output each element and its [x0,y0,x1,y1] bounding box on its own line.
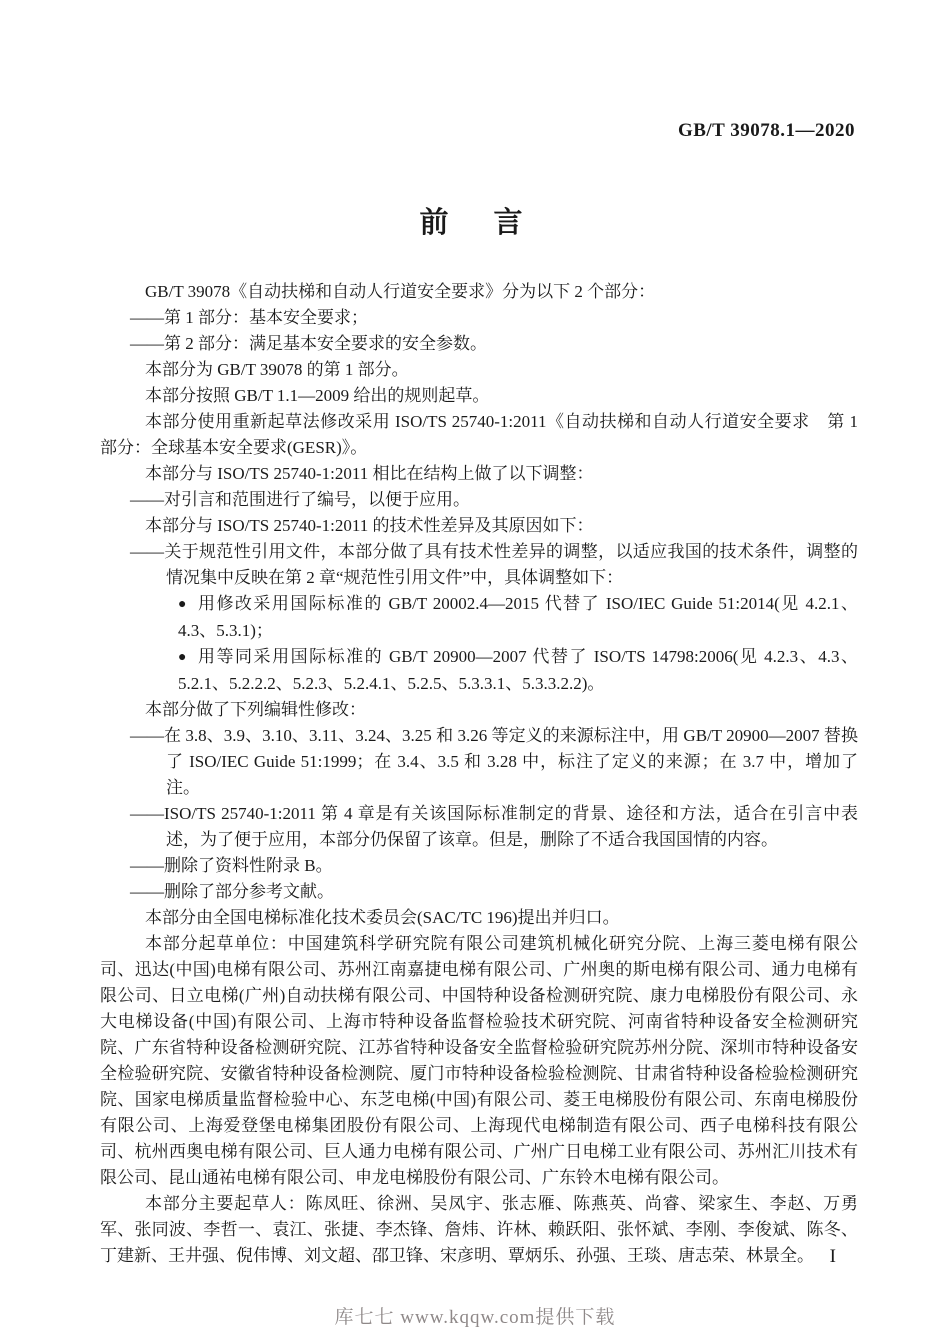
paragraph: ——对引言和范围进行了编号，以便于应用。 [100,487,858,513]
doc-number: GB/T 39078.1—2020 [678,120,855,142]
paragraph: ——关于规范性引用文件，本部分做了具有技术性差异的调整，以适应我国的技术条件，调… [100,539,858,591]
paragraph: GB/T 39078《自动扶梯和自动人行道安全要求》分为以下 2 个部分： [100,279,858,305]
page-number: I [830,1246,836,1268]
paragraph-text: 用等同采用国际标准的 GB/T 20900—2007 代替了 ISO/TS 14… [178,647,858,693]
paragraph-text: 用修改采用国际标准的 GB/T 20002.4—2015 代替了 ISO/IEC… [178,594,858,640]
paragraph: ●用修改采用国际标准的 GB/T 20002.4—2015 代替了 ISO/IE… [100,591,858,644]
page-title: 前 言 [0,200,950,241]
paragraph: 本部分为 GB/T 39078 的第 1 部分。 [100,357,858,383]
paragraph: 本部分按照 GB/T 1.1—2009 给出的规则起草。 [100,383,858,409]
paragraph: ——在 3.8、3.9、3.10、3.11、3.24、3.25 和 3.26 等… [100,723,858,801]
foreword-body: GB/T 39078《自动扶梯和自动人行道安全要求》分为以下 2 个部分：——第… [100,279,858,1269]
paragraph: 本部分与 ISO/TS 25740-1:2011 的技术性差异及其原因如下： [100,513,858,539]
paragraph: 本部分起草单位：中国建筑科学研究院有限公司建筑机械化研究分院、上海三菱电梯有限公… [100,931,858,1191]
paragraph: 本部分主要起草人：陈凤旺、徐洲、吴凤宇、张志雁、陈燕英、尚睿、梁家生、李赵、万勇… [100,1191,858,1269]
paragraph: ●用等同采用国际标准的 GB/T 20900—2007 代替了 ISO/TS 1… [100,644,858,697]
paragraph: 本部分由全国电梯标准化技术委员会(SAC/TC 196)提出并归口。 [100,905,858,931]
paragraph: 本部分做了下列编辑性修改： [100,697,858,723]
paragraph: ——第 1 部分：基本安全要求； [100,305,858,331]
paragraph: ——ISO/TS 25740-1:2011 第 4 章是有关该国际标准制定的背景… [100,801,858,853]
document-page: GB/T 39078.1—2020 前 言 GB/T 39078《自动扶梯和自动… [0,0,950,1344]
watermark-text: 库七七 www.kqqw.com提供下载 [335,1307,616,1328]
watermark: 库七七 www.kqqw.com提供下载 [0,1302,950,1329]
paragraph: 本部分与 ISO/TS 25740-1:2011 相比在结构上做了以下调整： [100,461,858,487]
paragraph: ——删除了资料性附录 B。 [100,853,858,879]
paragraph: ——删除了部分参考文献。 [100,879,858,905]
paragraph: 本部分使用重新起草法修改采用 ISO/TS 25740-1:2011《自动扶梯和… [100,409,858,461]
bullet-icon: ● [178,645,186,671]
bullet-icon: ● [178,592,186,618]
paragraph: ——第 2 部分：满足基本安全要求的安全参数。 [100,331,858,357]
